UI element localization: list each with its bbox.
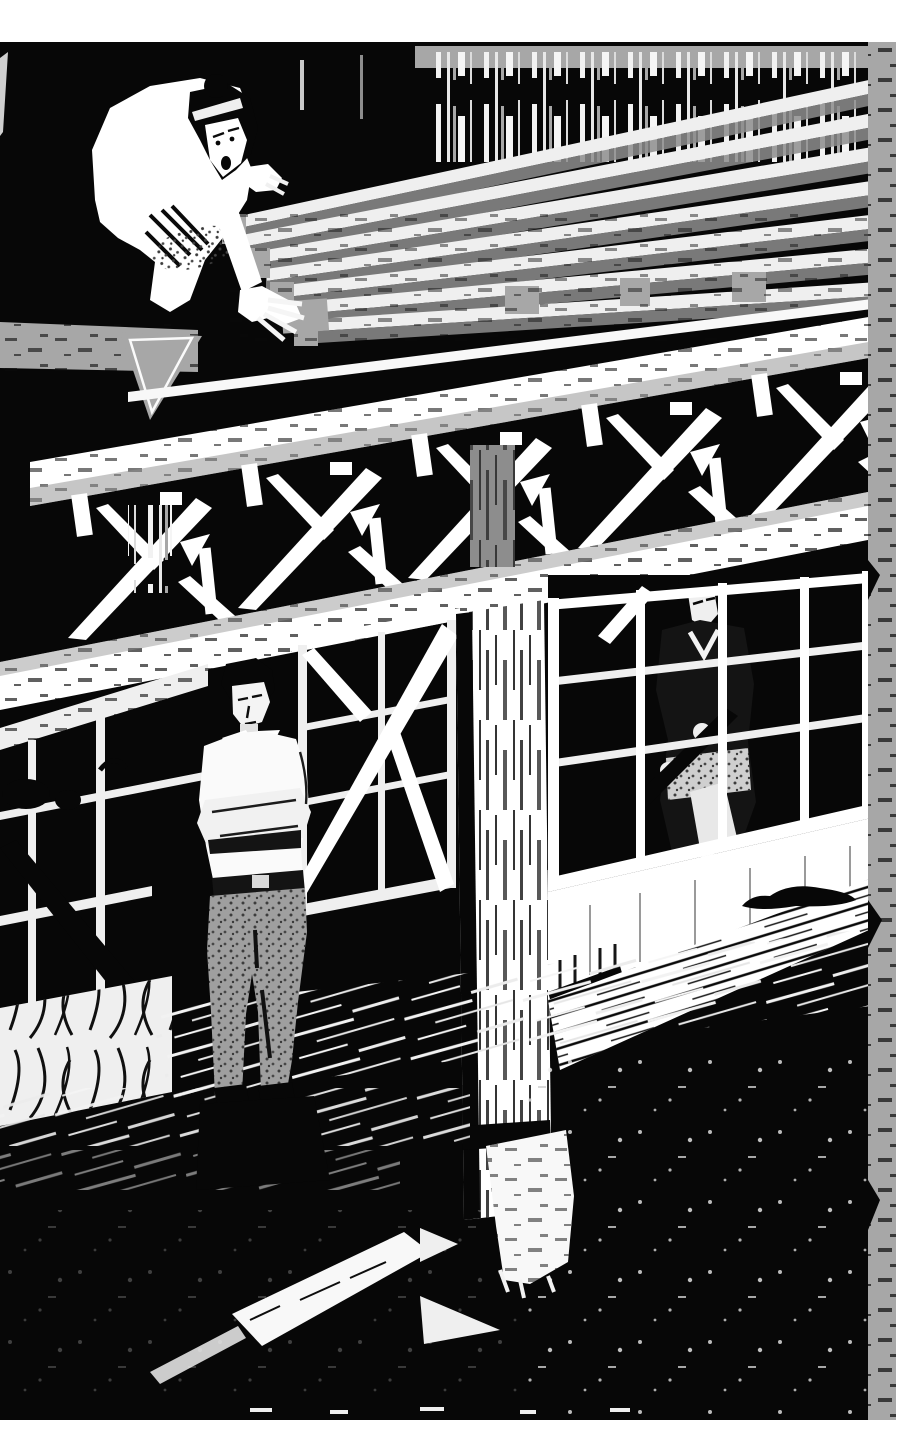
- shelf-object: [2, 779, 50, 809]
- window-mullion: [636, 590, 645, 862]
- manga-panel-art: [0, 0, 900, 1445]
- wall-streak: [300, 60, 304, 110]
- eye: [216, 141, 221, 146]
- window-mullion: [548, 598, 559, 884]
- man-floor-shadow: [196, 1096, 330, 1190]
- page-right-band: [868, 42, 900, 1420]
- hair-bun: [204, 74, 228, 98]
- brush-streaks: [128, 505, 172, 593]
- open-mouth: [221, 156, 231, 170]
- floor-speckle: [520, 1060, 868, 1416]
- window-mullion: [800, 577, 809, 825]
- manga-page: [0, 0, 900, 1445]
- window-mullion: [718, 583, 727, 843]
- page-margin-top: [0, 0, 900, 42]
- page-margin-bottom: [0, 1420, 900, 1445]
- corbel-texture: [470, 445, 515, 567]
- belt-buckle: [252, 875, 269, 888]
- wall-streak: [360, 55, 363, 119]
- shelf-object: [55, 790, 81, 810]
- eye: [230, 137, 235, 142]
- window-mullion: [447, 620, 456, 888]
